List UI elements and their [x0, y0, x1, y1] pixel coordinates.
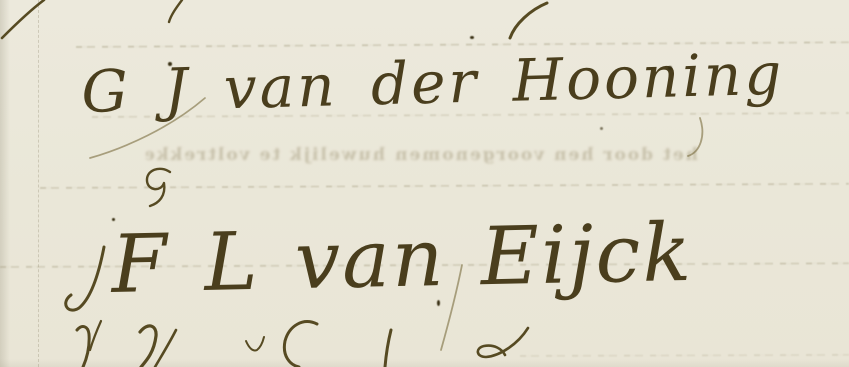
- handwriting-ink-layer: G J van der Hooning F L van Eijck: [0, 0, 849, 367]
- signature-1: G J van der Hooning: [81, 40, 786, 206]
- signature-2-f-descender-loop: [66, 247, 104, 310]
- signature-3-letter-l-stem: [385, 330, 391, 367]
- signature-3-letter-g-curl: [284, 322, 317, 367]
- signature-2: F L van Eijck: [66, 206, 694, 357]
- scanned-document-page: het door hen voorgenomen huwelijk te vol…: [0, 0, 849, 367]
- flourish-top-tick: [169, 0, 182, 22]
- signature-3-letter-l-top: [77, 327, 89, 367]
- signature-1-g-descender: [688, 118, 702, 156]
- flourish-top-left: [2, 0, 44, 38]
- signature-3-letter-k-leg: [155, 330, 176, 367]
- ink-dot: [668, 66, 672, 70]
- signature-2-k-swash-tail: [478, 328, 528, 357]
- signature-2-text: F L van Eijck: [108, 206, 693, 311]
- signature-3-letter-l-hook: [90, 321, 101, 350]
- ink-dot: [112, 218, 115, 221]
- signature-3-partial: [77, 321, 391, 367]
- signature-1-j-tail-curl: [147, 169, 170, 206]
- signature-3-letter-v-top: [246, 337, 264, 351]
- signature-3-letter-k-top: [140, 326, 156, 367]
- ink-dot: [437, 300, 440, 306]
- ink-dot: [168, 62, 172, 66]
- ink-dot: [600, 127, 603, 130]
- flourish-top-tail: [510, 3, 547, 38]
- ink-dot: [470, 36, 474, 39]
